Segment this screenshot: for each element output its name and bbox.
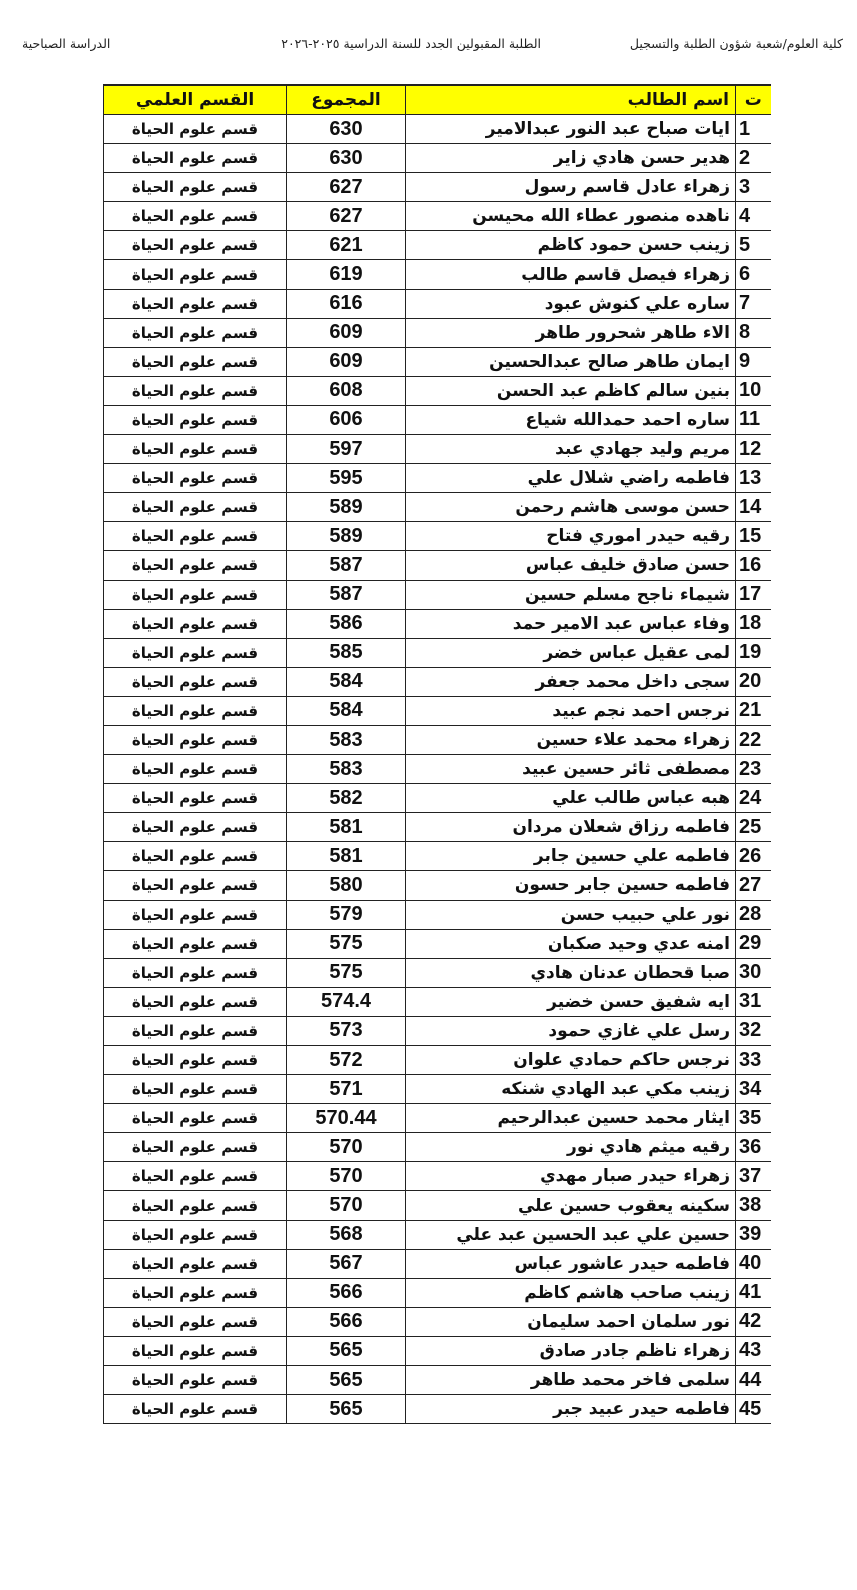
student-name: رقيه ميثم هادي نور xyxy=(406,1133,736,1162)
total-score: 630 xyxy=(287,144,406,173)
row-number: 2 xyxy=(736,144,771,173)
column-header-department: القسم العلمي xyxy=(104,85,287,115)
student-name: حسين علي عبد الحسين عبد علي xyxy=(406,1220,736,1249)
total-score: 565 xyxy=(287,1395,406,1424)
table-row: 6زهراء فيصل قاسم طالب619قسم علوم الحياة xyxy=(104,260,771,289)
total-score: 581 xyxy=(287,813,406,842)
total-score: 609 xyxy=(287,318,406,347)
total-score: 586 xyxy=(287,609,406,638)
total-score: 584 xyxy=(287,667,406,696)
student-name: هدير حسن هادي زاير xyxy=(406,144,736,173)
row-number: 9 xyxy=(736,347,771,376)
total-score: 570 xyxy=(287,1191,406,1220)
department: قسم علوم الحياة xyxy=(104,1104,287,1133)
student-name: فاطمه حيدر عاشور عباس xyxy=(406,1249,736,1278)
row-number: 8 xyxy=(736,318,771,347)
table-row: 9ايمان طاهر صالح عبدالحسين609قسم علوم ال… xyxy=(104,347,771,376)
table-row: 35ايثار محمد حسين عبدالرحيم570.44قسم علو… xyxy=(104,1104,771,1133)
table-row: 42نور سلمان احمد سليمان566قسم علوم الحيا… xyxy=(104,1307,771,1336)
student-name: امنه عدي وحيد صكبان xyxy=(406,929,736,958)
total-score: 609 xyxy=(287,347,406,376)
total-score: 584 xyxy=(287,696,406,725)
department: قسم علوم الحياة xyxy=(104,464,287,493)
department: قسم علوم الحياة xyxy=(104,696,287,725)
student-name: فاطمه علي حسين جابر xyxy=(406,842,736,871)
table-row: 17شيماء ناجح مسلم حسين587قسم علوم الحياة xyxy=(104,580,771,609)
row-number: 43 xyxy=(736,1336,771,1365)
row-number: 29 xyxy=(736,929,771,958)
table-row: 34زينب مكي عبد الهادي شنكه571قسم علوم ال… xyxy=(104,1075,771,1104)
row-number: 32 xyxy=(736,1016,771,1045)
student-name: صبا قحطان عدنان هادي xyxy=(406,958,736,987)
table-row: 8الاء طاهر شحرور طاهر609قسم علوم الحياة xyxy=(104,318,771,347)
student-name: ايه شفيق حسن خضير xyxy=(406,987,736,1016)
total-score: 573 xyxy=(287,1016,406,1045)
department: قسم علوم الحياة xyxy=(104,755,287,784)
department: قسم علوم الحياة xyxy=(104,638,287,667)
row-number: 25 xyxy=(736,813,771,842)
table-row: 16حسن صادق خليف عباس587قسم علوم الحياة xyxy=(104,551,771,580)
row-number: 3 xyxy=(736,173,771,202)
row-number: 41 xyxy=(736,1278,771,1307)
total-score: 570.44 xyxy=(287,1104,406,1133)
total-score: 582 xyxy=(287,784,406,813)
department: قسم علوم الحياة xyxy=(104,1016,287,1045)
column-header-total-score: المجموع xyxy=(287,85,406,115)
department: قسم علوم الحياة xyxy=(104,871,287,900)
total-score: 630 xyxy=(287,115,406,144)
student-name: زهراء عادل قاسم رسول xyxy=(406,173,736,202)
student-name: زهراء ناظم جادر صادق xyxy=(406,1336,736,1365)
department: قسم علوم الحياة xyxy=(104,1220,287,1249)
page-header: كلية العلوم/شعبة شؤون الطلبة والتسجيل ال… xyxy=(0,36,857,56)
row-number: 14 xyxy=(736,493,771,522)
department: قسم علوم الحياة xyxy=(104,784,287,813)
student-name: فاطمه حسين جابر حسون xyxy=(406,871,736,900)
student-name: هبه عباس طالب علي xyxy=(406,784,736,813)
row-number: 6 xyxy=(736,260,771,289)
table-row: 1ايات صباح عبد النور عبدالامير630قسم علو… xyxy=(104,115,771,144)
table-row: 27فاطمه حسين جابر حسون580قسم علوم الحياة xyxy=(104,871,771,900)
total-score: 589 xyxy=(287,522,406,551)
row-number: 7 xyxy=(736,289,771,318)
table-row: 3زهراء عادل قاسم رسول627قسم علوم الحياة xyxy=(104,173,771,202)
total-score: 581 xyxy=(287,842,406,871)
table-row: 5زينب حسن حمود كاظم621قسم علوم الحياة xyxy=(104,231,771,260)
student-name: حسن موسى هاشم رحمن xyxy=(406,493,736,522)
row-number: 30 xyxy=(736,958,771,987)
student-name: نور علي حبيب حسن xyxy=(406,900,736,929)
student-name: رقيه حيدر اموري فتاح xyxy=(406,522,736,551)
college-department-label: كلية العلوم/شعبة شؤون الطلبة والتسجيل xyxy=(630,36,843,51)
student-name: ساره احمد حمدالله شياع xyxy=(406,405,736,434)
table-row: 12مريم وليد جهادي عبد597قسم علوم الحياة xyxy=(104,435,771,464)
department: قسم علوم الحياة xyxy=(104,1249,287,1278)
student-name: فاطمه حيدر عبيد جبر xyxy=(406,1395,736,1424)
table-row: 21نرجس احمد نجم عبيد584قسم علوم الحياة xyxy=(104,696,771,725)
row-number: 15 xyxy=(736,522,771,551)
department: قسم علوم الحياة xyxy=(104,260,287,289)
total-score: 589 xyxy=(287,493,406,522)
department: قسم علوم الحياة xyxy=(104,1075,287,1104)
department: قسم علوم الحياة xyxy=(104,609,287,638)
row-number: 34 xyxy=(736,1075,771,1104)
department: قسم علوم الحياة xyxy=(104,231,287,260)
student-name: مريم وليد جهادي عبد xyxy=(406,435,736,464)
student-name: ساره علي كنوش عبود xyxy=(406,289,736,318)
row-number: 27 xyxy=(736,871,771,900)
total-score: 587 xyxy=(287,580,406,609)
department: قسم علوم الحياة xyxy=(104,318,287,347)
total-score: 574.4 xyxy=(287,987,406,1016)
table-row: 13فاطمه راضي شلال علي595قسم علوم الحياة xyxy=(104,464,771,493)
department: قسم علوم الحياة xyxy=(104,522,287,551)
department: قسم علوم الحياة xyxy=(104,1366,287,1395)
row-number: 33 xyxy=(736,1046,771,1075)
row-number: 39 xyxy=(736,1220,771,1249)
department: قسم علوم الحياة xyxy=(104,115,287,144)
department: قسم علوم الحياة xyxy=(104,435,287,464)
total-score: 566 xyxy=(287,1307,406,1336)
row-number: 5 xyxy=(736,231,771,260)
table-body: 1ايات صباح عبد النور عبدالامير630قسم علو… xyxy=(104,115,771,1424)
table-row: 44سلمى فاخر محمد طاهر565قسم علوم الحياة xyxy=(104,1366,771,1395)
department: قسم علوم الحياة xyxy=(104,493,287,522)
row-number: 36 xyxy=(736,1133,771,1162)
table-row: 31ايه شفيق حسن خضير574.4قسم علوم الحياة xyxy=(104,987,771,1016)
table-row: 19لمى عقيل عباس خضر585قسم علوم الحياة xyxy=(104,638,771,667)
total-score: 579 xyxy=(287,900,406,929)
row-number: 37 xyxy=(736,1162,771,1191)
student-name: سلمى فاخر محمد طاهر xyxy=(406,1366,736,1395)
total-score: 595 xyxy=(287,464,406,493)
row-number: 45 xyxy=(736,1395,771,1424)
row-number: 31 xyxy=(736,987,771,1016)
row-number: 13 xyxy=(736,464,771,493)
row-number: 10 xyxy=(736,376,771,405)
table-row: 15رقيه حيدر اموري فتاح589قسم علوم الحياة xyxy=(104,522,771,551)
row-number: 21 xyxy=(736,696,771,725)
row-number: 38 xyxy=(736,1191,771,1220)
total-score: 572 xyxy=(287,1046,406,1075)
total-score: 583 xyxy=(287,755,406,784)
table-row: 39حسين علي عبد الحسين عبد علي568قسم علوم… xyxy=(104,1220,771,1249)
total-score: 575 xyxy=(287,958,406,987)
total-score: 619 xyxy=(287,260,406,289)
column-header-student-name: اسم الطالب xyxy=(406,85,736,115)
department: قسم علوم الحياة xyxy=(104,289,287,318)
row-number: 4 xyxy=(736,202,771,231)
table-row: 20سجى داخل محمد جعفر584قسم علوم الحياة xyxy=(104,667,771,696)
student-name: فاطمه راضي شلال علي xyxy=(406,464,736,493)
row-number: 26 xyxy=(736,842,771,871)
department: قسم علوم الحياة xyxy=(104,405,287,434)
department: قسم علوم الحياة xyxy=(104,725,287,754)
row-number: 19 xyxy=(736,638,771,667)
column-header-number: ت xyxy=(736,85,771,115)
student-name: زينب مكي عبد الهادي شنكه xyxy=(406,1075,736,1104)
student-name: رسل علي غازي حمود xyxy=(406,1016,736,1045)
row-number: 28 xyxy=(736,900,771,929)
table-row: 7ساره علي كنوش عبود616قسم علوم الحياة xyxy=(104,289,771,318)
student-name: نور سلمان احمد سليمان xyxy=(406,1307,736,1336)
department: قسم علوم الحياة xyxy=(104,987,287,1016)
department: قسم علوم الحياة xyxy=(104,1278,287,1307)
department: قسم علوم الحياة xyxy=(104,144,287,173)
department: قسم علوم الحياة xyxy=(104,1133,287,1162)
table-row: 2هدير حسن هادي زاير630قسم علوم الحياة xyxy=(104,144,771,173)
table-row: 28نور علي حبيب حسن579قسم علوم الحياة xyxy=(104,900,771,929)
department: قسم علوم الحياة xyxy=(104,842,287,871)
total-score: 587 xyxy=(287,551,406,580)
table-row: 38سكينه يعقوب حسين علي570قسم علوم الحياة xyxy=(104,1191,771,1220)
student-name: فاطمه رزاق شعلان مردان xyxy=(406,813,736,842)
total-score: 585 xyxy=(287,638,406,667)
department: قسم علوم الحياة xyxy=(104,1395,287,1424)
total-score: 568 xyxy=(287,1220,406,1249)
department: قسم علوم الحياة xyxy=(104,813,287,842)
department: قسم علوم الحياة xyxy=(104,1191,287,1220)
row-number: 20 xyxy=(736,667,771,696)
table-row: 32رسل علي غازي حمود573قسم علوم الحياة xyxy=(104,1016,771,1045)
total-score: 608 xyxy=(287,376,406,405)
table-row: 22زهراء محمد علاء حسين583قسم علوم الحياة xyxy=(104,725,771,754)
department: قسم علوم الحياة xyxy=(104,551,287,580)
total-score: 567 xyxy=(287,1249,406,1278)
table-header-row: ت اسم الطالب المجموع القسم العلمي xyxy=(104,85,771,115)
student-name: لمى عقيل عباس خضر xyxy=(406,638,736,667)
total-score: 621 xyxy=(287,231,406,260)
student-name: مصطفى ثائر حسين عبيد xyxy=(406,755,736,784)
student-name: حسن صادق خليف عباس xyxy=(406,551,736,580)
department: قسم علوم الحياة xyxy=(104,376,287,405)
row-number: 18 xyxy=(736,609,771,638)
table-row: 40فاطمه حيدر عاشور عباس567قسم علوم الحيا… xyxy=(104,1249,771,1278)
table-row: 26فاطمه علي حسين جابر581قسم علوم الحياة xyxy=(104,842,771,871)
total-score: 606 xyxy=(287,405,406,434)
student-name: نرجس احمد نجم عبيد xyxy=(406,696,736,725)
total-score: 627 xyxy=(287,202,406,231)
student-name: زهراء حيدر صبار مهدي xyxy=(406,1162,736,1191)
table-row: 33نرجس حاكم حمادي علوان572قسم علوم الحيا… xyxy=(104,1046,771,1075)
student-name: ايثار محمد حسين عبدالرحيم xyxy=(406,1104,736,1133)
department: قسم علوم الحياة xyxy=(104,667,287,696)
student-name: زهراء فيصل قاسم طالب xyxy=(406,260,736,289)
total-score: 565 xyxy=(287,1336,406,1365)
student-name: وفاء عباس عبد الامير حمد xyxy=(406,609,736,638)
row-number: 40 xyxy=(736,1249,771,1278)
department: قسم علوم الحياة xyxy=(104,900,287,929)
total-score: 616 xyxy=(287,289,406,318)
table-row: 29امنه عدي وحيد صكبان575قسم علوم الحياة xyxy=(104,929,771,958)
row-number: 24 xyxy=(736,784,771,813)
department: قسم علوم الحياة xyxy=(104,929,287,958)
table-row: 43زهراء ناظم جادر صادق565قسم علوم الحياة xyxy=(104,1336,771,1365)
student-name: سكينه يعقوب حسين علي xyxy=(406,1191,736,1220)
total-score: 580 xyxy=(287,871,406,900)
table-row: 45فاطمه حيدر عبيد جبر565قسم علوم الحياة xyxy=(104,1395,771,1424)
student-name: بنين سالم كاظم عبد الحسن xyxy=(406,376,736,405)
table-row: 14حسن موسى هاشم رحمن589قسم علوم الحياة xyxy=(104,493,771,522)
total-score: 566 xyxy=(287,1278,406,1307)
row-number: 12 xyxy=(736,435,771,464)
row-number: 17 xyxy=(736,580,771,609)
row-number: 1 xyxy=(736,115,771,144)
table-row: 36رقيه ميثم هادي نور570قسم علوم الحياة xyxy=(104,1133,771,1162)
total-score: 583 xyxy=(287,725,406,754)
student-name: ايات صباح عبد النور عبدالامير xyxy=(406,115,736,144)
row-number: 44 xyxy=(736,1366,771,1395)
department: قسم علوم الحياة xyxy=(104,958,287,987)
department: قسم علوم الحياة xyxy=(104,1046,287,1075)
department: قسم علوم الحياة xyxy=(104,1336,287,1365)
student-name: ناهده منصور عطاء الله محيسن xyxy=(406,202,736,231)
department: قسم علوم الحياة xyxy=(104,580,287,609)
student-name: شيماء ناجح مسلم حسين xyxy=(406,580,736,609)
table-row: 4ناهده منصور عطاء الله محيسن627قسم علوم … xyxy=(104,202,771,231)
row-number: 35 xyxy=(736,1104,771,1133)
total-score: 571 xyxy=(287,1075,406,1104)
student-name: زينب حسن حمود كاظم xyxy=(406,231,736,260)
document-title: الطلبة المقبولين الجدد للسنة الدراسية ٢٠… xyxy=(281,36,541,51)
total-score: 570 xyxy=(287,1133,406,1162)
table-row: 37زهراء حيدر صبار مهدي570قسم علوم الحياة xyxy=(104,1162,771,1191)
table-row: 10بنين سالم كاظم عبد الحسن608قسم علوم ال… xyxy=(104,376,771,405)
student-name: نرجس حاكم حمادي علوان xyxy=(406,1046,736,1075)
row-number: 16 xyxy=(736,551,771,580)
accepted-students-table: ت اسم الطالب المجموع القسم العلمي 1ايات … xyxy=(103,84,771,1424)
department: قسم علوم الحياة xyxy=(104,347,287,376)
row-number: 42 xyxy=(736,1307,771,1336)
department: قسم علوم الحياة xyxy=(104,173,287,202)
student-name: ايمان طاهر صالح عبدالحسين xyxy=(406,347,736,376)
department: قسم علوم الحياة xyxy=(104,1162,287,1191)
total-score: 570 xyxy=(287,1162,406,1191)
total-score: 627 xyxy=(287,173,406,202)
student-name: زينب صاحب هاشم كاظم xyxy=(406,1278,736,1307)
student-name: الاء طاهر شحرور طاهر xyxy=(406,318,736,347)
total-score: 575 xyxy=(287,929,406,958)
study-type-label: الدراسة الصباحية xyxy=(22,36,110,51)
table-row: 11ساره احمد حمدالله شياع606قسم علوم الحي… xyxy=(104,405,771,434)
table-row: 30صبا قحطان عدنان هادي575قسم علوم الحياة xyxy=(104,958,771,987)
row-number: 23 xyxy=(736,755,771,784)
table-row: 24هبه عباس طالب علي582قسم علوم الحياة xyxy=(104,784,771,813)
department: قسم علوم الحياة xyxy=(104,202,287,231)
table-row: 23مصطفى ثائر حسين عبيد583قسم علوم الحياة xyxy=(104,755,771,784)
total-score: 597 xyxy=(287,435,406,464)
student-name: سجى داخل محمد جعفر xyxy=(406,667,736,696)
table-row: 41زينب صاحب هاشم كاظم566قسم علوم الحياة xyxy=(104,1278,771,1307)
table-row: 25فاطمه رزاق شعلان مردان581قسم علوم الحي… xyxy=(104,813,771,842)
row-number: 11 xyxy=(736,405,771,434)
row-number: 22 xyxy=(736,725,771,754)
department: قسم علوم الحياة xyxy=(104,1307,287,1336)
table-row: 18وفاء عباس عبد الامير حمد586قسم علوم ال… xyxy=(104,609,771,638)
student-name: زهراء محمد علاء حسين xyxy=(406,725,736,754)
total-score: 565 xyxy=(287,1366,406,1395)
